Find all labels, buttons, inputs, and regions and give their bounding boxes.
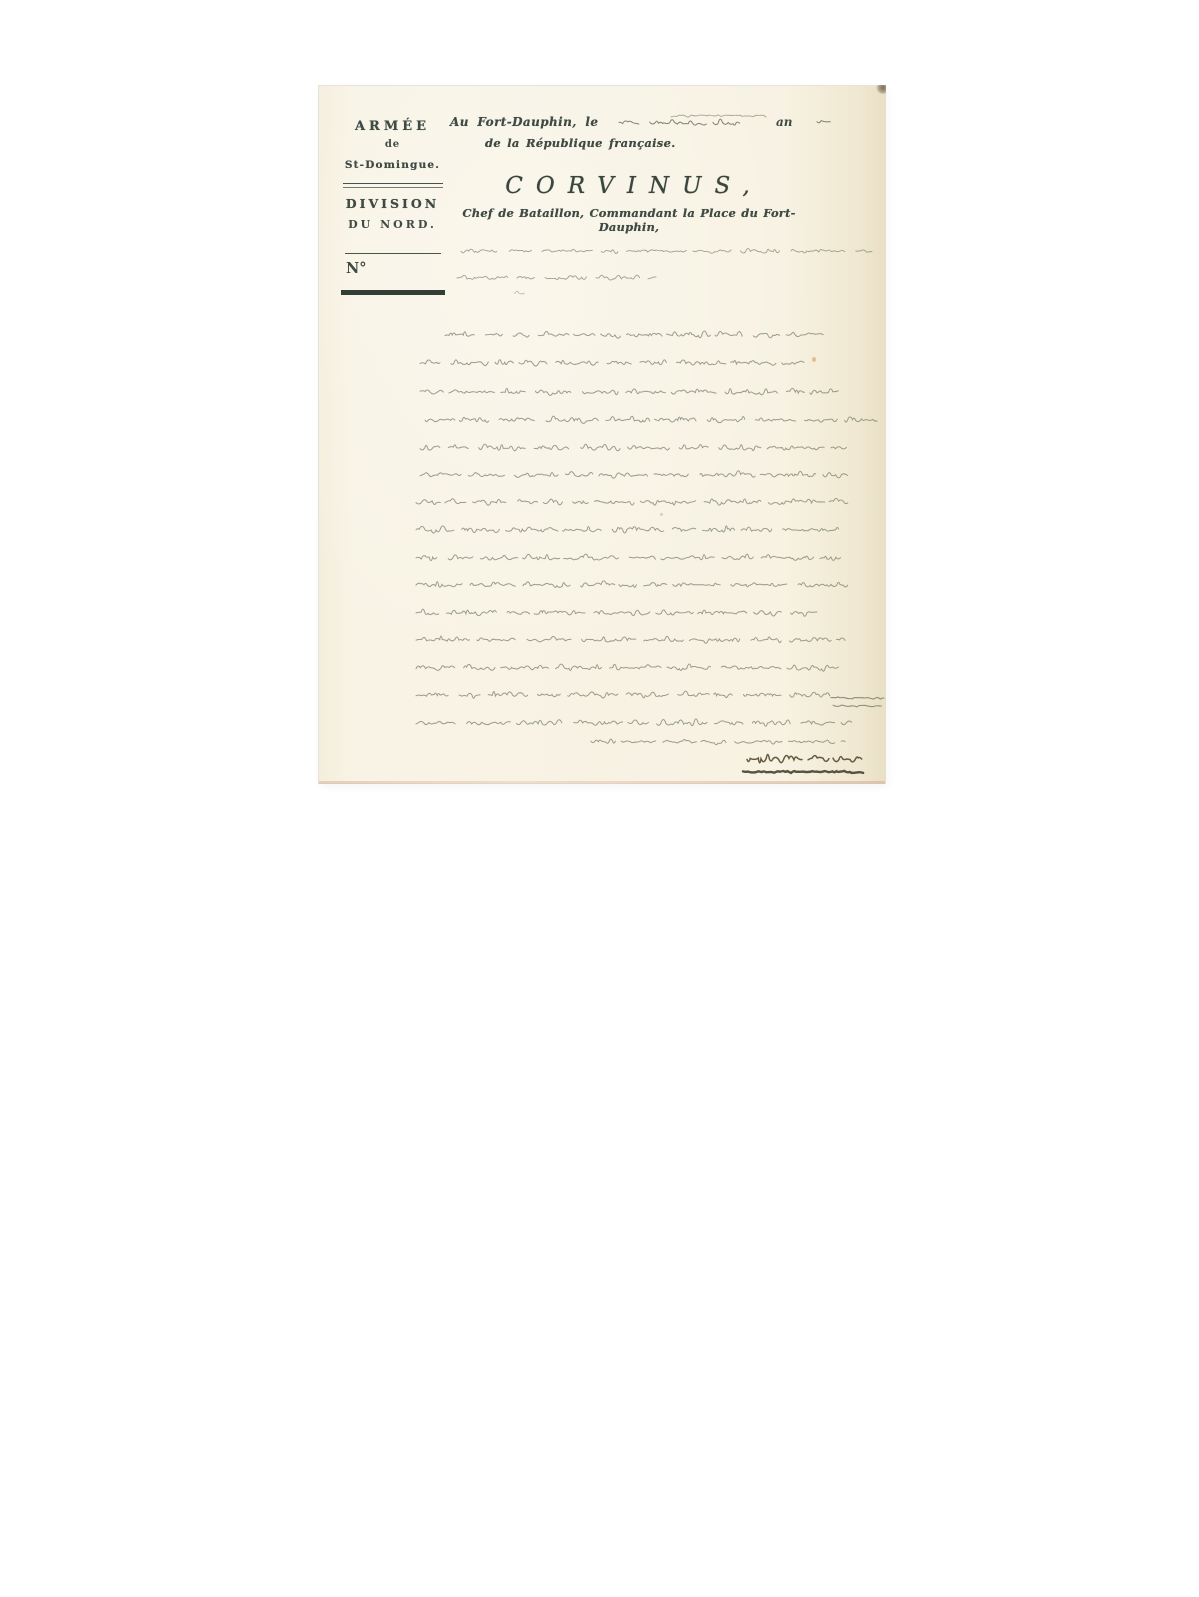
body-line-7 bbox=[416, 498, 848, 505]
margin-dash-2 bbox=[833, 705, 881, 707]
handwriting-layer bbox=[319, 86, 885, 783]
body-line-1 bbox=[445, 331, 823, 338]
body-line-9 bbox=[416, 554, 841, 561]
body-line-14 bbox=[416, 691, 830, 698]
body-line-4 bbox=[425, 416, 877, 423]
signature bbox=[747, 754, 862, 762]
body-line-10 bbox=[416, 581, 848, 588]
body-line-6 bbox=[420, 471, 848, 478]
body-line-2 bbox=[420, 360, 804, 366]
closing-line bbox=[591, 739, 845, 745]
body-line-5 bbox=[420, 444, 846, 451]
margin-dash-1 bbox=[831, 697, 884, 699]
addressee-line-2 bbox=[457, 275, 656, 280]
addressee-line-1 bbox=[461, 248, 872, 253]
body-line-12 bbox=[416, 636, 845, 643]
body-line-13 bbox=[416, 664, 838, 671]
letter-paper: ARMÉE de St-Domingue. DIVISION DU NORD. … bbox=[319, 86, 885, 783]
scan-page: ARMÉE de St-Domingue. DIVISION DU NORD. … bbox=[0, 0, 1199, 1597]
body-line-15 bbox=[416, 719, 852, 726]
handwritten-year bbox=[817, 121, 830, 123]
handwritten-date bbox=[619, 119, 740, 125]
signature-underline bbox=[743, 771, 863, 773]
body-line-8 bbox=[416, 526, 839, 533]
addressee-flourish bbox=[515, 291, 524, 294]
body-line-11 bbox=[416, 609, 817, 616]
handwritten-date-overline bbox=[671, 115, 766, 117]
body-line-3 bbox=[420, 388, 838, 395]
